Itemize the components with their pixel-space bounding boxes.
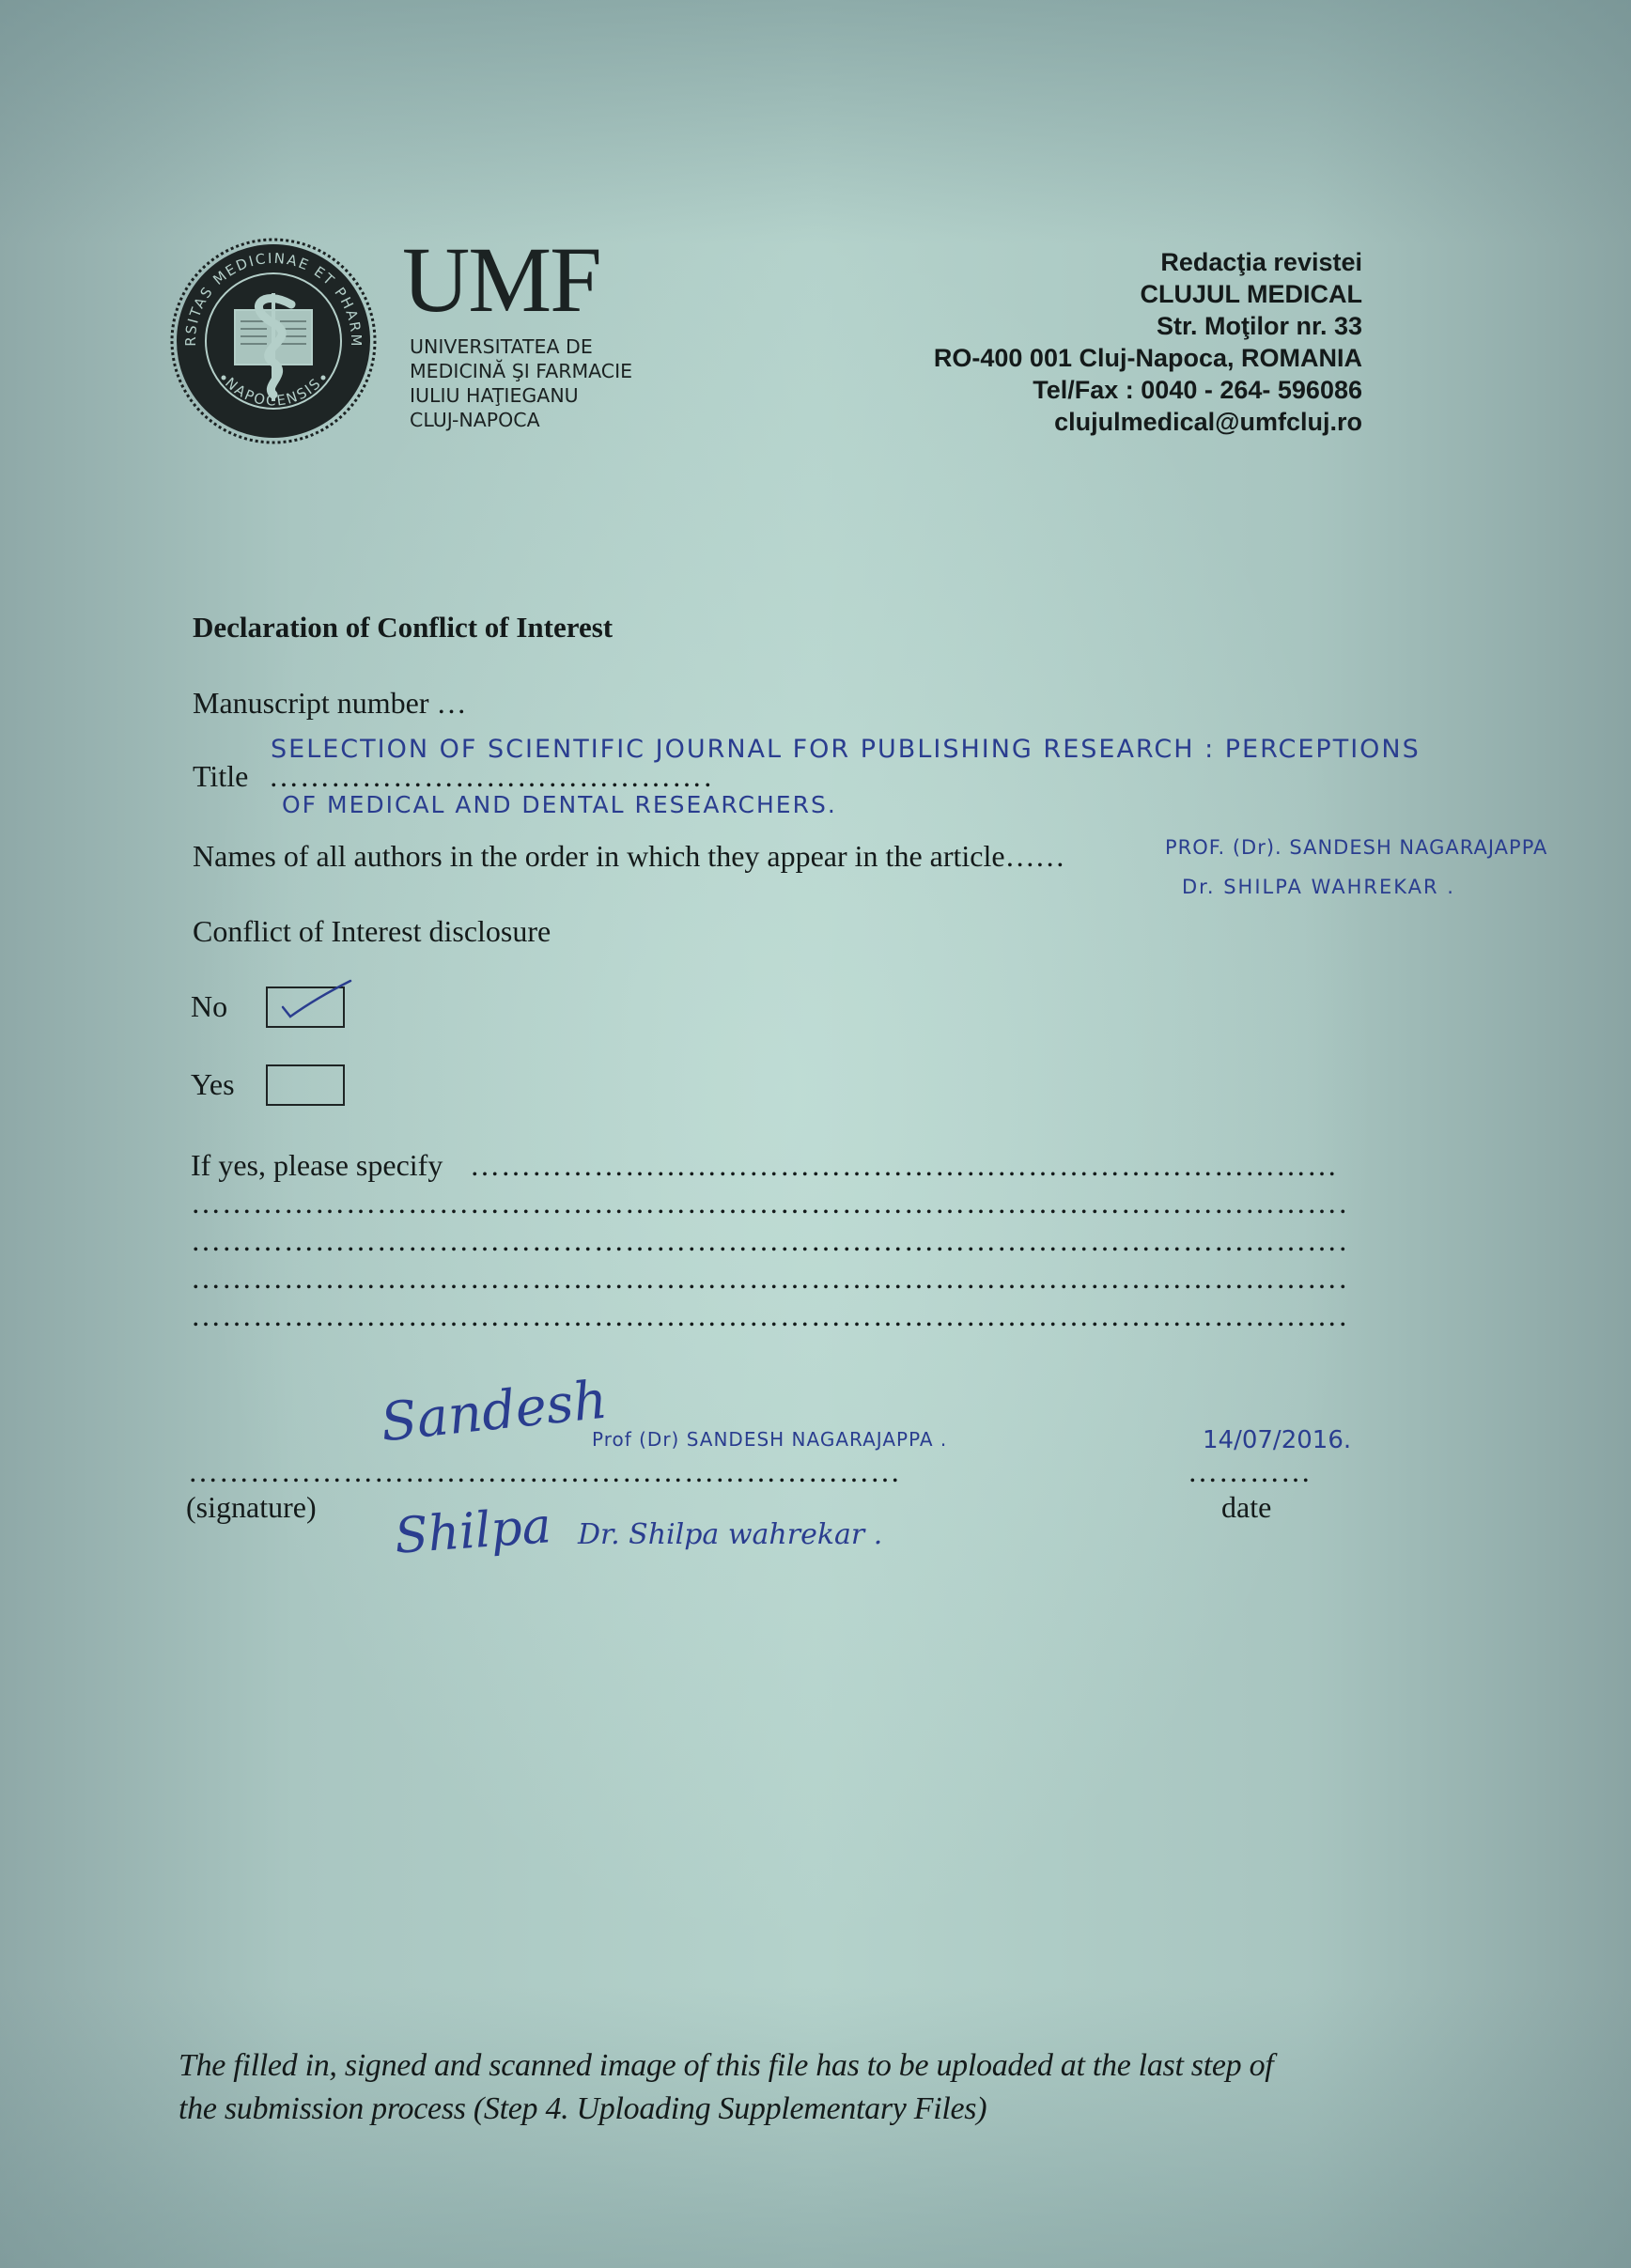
authors-field[interactable]: PROF. (Dr). SANDESH NAGARAJAPPA Dr. SHIL…	[1165, 817, 1631, 911]
title-label: Title	[193, 759, 248, 793]
specify-label: If yes, please specify	[191, 1148, 443, 1182]
university-name-line: CLUJ-NAPOCA	[410, 408, 632, 432]
signature-field[interactable]: Sandesh Prof (Dr) SANDESH NAGARAJAPPA . …	[188, 1362, 1033, 1588]
manuscript-number-field[interactable]	[404, 691, 592, 720]
title-field[interactable]: SELECTION OF SCIENTIFIC JOURNAL FOR PUBL…	[271, 723, 1605, 827]
disclosure-label: Conflict of Interest disclosure	[193, 914, 551, 948]
specify-field-line[interactable]: ……………………………………………………………………………………………………	[191, 1298, 1351, 1332]
signature-label: (signature)	[186, 1490, 317, 1524]
university-name: UNIVERSITATEA DE MEDICINĂ ŞI FARMACIE IU…	[410, 334, 632, 432]
option-yes-label: Yes	[191, 1067, 235, 1101]
signature-dotted-line: ……………………………………………………………	[188, 1454, 968, 1488]
address-line: RO-400 001 Cluj-Napoca, ROMANIA	[934, 342, 1362, 374]
date-label: date	[1221, 1490, 1271, 1524]
umf-acronym: UMF	[402, 233, 600, 327]
signature-scribble: Shilpa	[393, 1498, 552, 1564]
submission-note-line: The filled in, signed and scanned image …	[179, 2044, 1273, 2088]
form-heading: Declaration of Conflict of Interest	[193, 611, 613, 645]
address-line: Tel/Fax : 0040 - 264- 596086	[934, 374, 1362, 406]
title-handwritten-line: SELECTION OF SCIENTIFIC JOURNAL FOR PUBL…	[271, 735, 1421, 764]
university-name-line: UNIVERSITATEA DE	[410, 334, 632, 359]
option-no-checkbox[interactable]	[266, 986, 345, 1028]
title-handwritten-line: OF MEDICAL AND DENTAL RESEARCHERS.	[282, 791, 837, 818]
email-link[interactable]: clujulmedical@umfcluj.ro	[934, 406, 1362, 438]
author-handwritten: PROF. (Dr). SANDESH NAGARAJAPPA	[1165, 836, 1547, 859]
specify-field-line[interactable]: ……………………………………………………………………………………………………	[191, 1261, 1351, 1295]
option-yes-checkbox[interactable]	[266, 1064, 345, 1106]
university-seal-icon: UNIVERSITAS MEDICINAE ET PHARMACIAE NAPO…	[169, 237, 378, 445]
address-line: Str. Moţilor nr. 33	[934, 310, 1362, 342]
submission-note-line: the submission process (Step 4. Uploadin…	[179, 2088, 1273, 2131]
checkmark-icon	[279, 977, 364, 1033]
submission-note: The filled in, signed and scanned image …	[179, 2044, 1273, 2131]
specify-field-line[interactable]: ……………………………………………………………………………………………………	[191, 1223, 1351, 1257]
author-handwritten: Dr. SHILPA WAHREKAR .	[1182, 876, 1455, 898]
option-no-label: No	[191, 989, 227, 1023]
address-line: Redacţia revistei	[934, 246, 1362, 278]
address-line: CLUJUL MEDICAL	[934, 278, 1362, 310]
authors-label: Names of all authors in the order in whi…	[193, 839, 1065, 873]
date-handwritten: 14/07/2016.	[1203, 1426, 1351, 1454]
photo-shadow-top	[0, 0, 1631, 244]
signature-scribble: Sandesh	[378, 1370, 610, 1454]
date-field[interactable]: 14/07/2016. …………	[1186, 1409, 1374, 1494]
specify-field[interactable]: ……………………………………………………………………………	[470, 1148, 1339, 1182]
signer-printed-name: Dr. Shilpa wahrekar .	[578, 1518, 882, 1551]
signer-printed-name: Prof (Dr) SANDESH NAGARAJAPPA .	[592, 1428, 947, 1451]
specify-field-line[interactable]: ……………………………………………………………………………………………………	[191, 1186, 1351, 1219]
university-name-line: IULIU HAŢIEGANU	[410, 383, 632, 408]
date-dotted-line: …………	[1188, 1454, 1328, 1488]
journal-address: Redacţia revistei CLUJUL MEDICAL Str. Mo…	[934, 246, 1362, 438]
university-name-line: MEDICINĂ ŞI FARMACIE	[410, 359, 632, 383]
